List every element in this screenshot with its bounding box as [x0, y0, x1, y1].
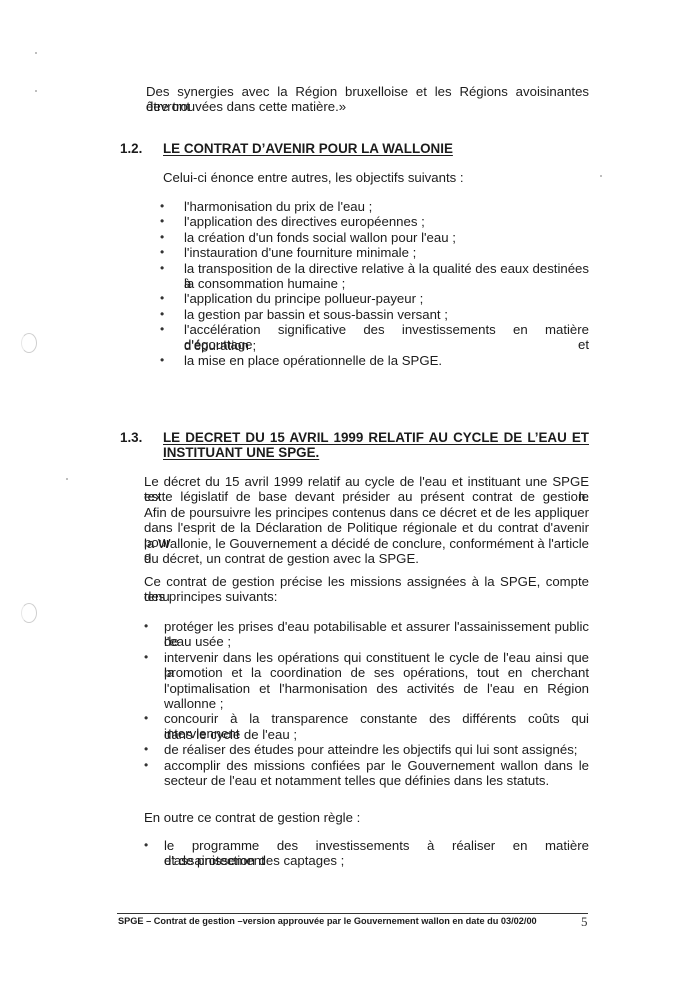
section-title: LE CONTRAT D’AVENIR POUR LA WALLONIE — [163, 141, 453, 156]
bullet-icon: • — [144, 758, 148, 773]
section-lead: Celui-ci énonce entre autres, les object… — [163, 170, 464, 185]
text-line: l'application des directives européennes… — [184, 214, 425, 229]
bullet-icon: • — [160, 230, 164, 245]
text-line: la mise en place opérationnelle de la SP… — [184, 353, 442, 368]
text-line: texte législatif de base devant présider… — [144, 489, 589, 504]
bullet-icon: • — [160, 245, 164, 260]
bullet-icon: • — [160, 307, 164, 322]
bullet-icon: • — [160, 214, 164, 229]
text-line: des principes suivants: — [144, 589, 277, 604]
text-line: Afin de poursuivre les principes contenu… — [144, 505, 589, 520]
text-line: la gestion par bassin et sous-bassin ver… — [184, 307, 448, 322]
section-title-line: LE DECRET DU 15 AVRIL 1999 RELATIF AU CY… — [163, 430, 589, 445]
bullet-icon: • — [144, 711, 148, 726]
section-number: 1.3. — [120, 430, 142, 445]
text-line: l'eau usée ; — [164, 634, 231, 649]
section-title-text: LE CONTRAT D’AVENIR POUR LA WALLONIE — [163, 141, 453, 156]
bullet-icon: • — [160, 322, 164, 337]
text-line: promotion et la coordination de ses opér… — [164, 665, 589, 680]
text-line: l'harmonisation du prix de l'eau ; — [184, 199, 372, 214]
bullet-icon: • — [144, 619, 148, 634]
section-title-line: INSTITUANT UNE SPGE. — [163, 445, 319, 460]
text-line: la création d'un fonds social wallon pou… — [184, 230, 456, 245]
punch-hole-bottom — [21, 603, 37, 623]
scan-speck — [35, 52, 37, 54]
section-number: 1.2. — [120, 141, 142, 156]
text-line: l'optimalisation et l'harmonisation des … — [164, 681, 589, 696]
bullet-icon: • — [160, 291, 164, 306]
text-line: l'instauration d'une fourniture minimale… — [184, 245, 416, 260]
text-line: secteur de l'eau et notamment telles que… — [164, 773, 549, 788]
section-title: LE DECRET DU 15 AVRIL 1999 RELATIF AU CY… — [163, 430, 589, 460]
intro-line: être trouvées dans cette matière.» — [146, 99, 346, 114]
text-line: la consommation humaine ; — [184, 276, 345, 291]
text-line: de réaliser des études pour atteindre le… — [164, 742, 577, 757]
bullet-icon: • — [144, 838, 148, 853]
rules-lead: En outre ce contrat de gestion règle : — [144, 810, 360, 825]
scan-speck — [66, 478, 68, 480]
text-line: accomplir des missions confiées par le G… — [164, 758, 589, 773]
bullet-icon: • — [160, 353, 164, 368]
bullet-icon: • — [144, 650, 148, 665]
text-line: du décret, un contrat de gestion avec la… — [144, 551, 419, 566]
bullet-icon: • — [160, 199, 164, 214]
page-number: 5 — [581, 914, 588, 930]
footer-divider — [117, 913, 588, 914]
punch-hole-top — [21, 333, 37, 353]
text-line: l'application du principe pollueur-payeu… — [184, 291, 423, 306]
bullet-icon: • — [160, 261, 164, 276]
text-line: wallonne ; — [164, 696, 223, 711]
text-line: dans le cycle de l'eau ; — [164, 727, 297, 742]
text-line: d'épuration ; — [184, 338, 256, 353]
text-line: et de protection des captages ; — [164, 853, 344, 868]
scan-speck — [35, 90, 37, 92]
footer-text: SPGE – Contrat de gestion –version appro… — [118, 916, 537, 926]
scan-speck — [600, 175, 602, 177]
bullet-icon: • — [144, 742, 148, 757]
